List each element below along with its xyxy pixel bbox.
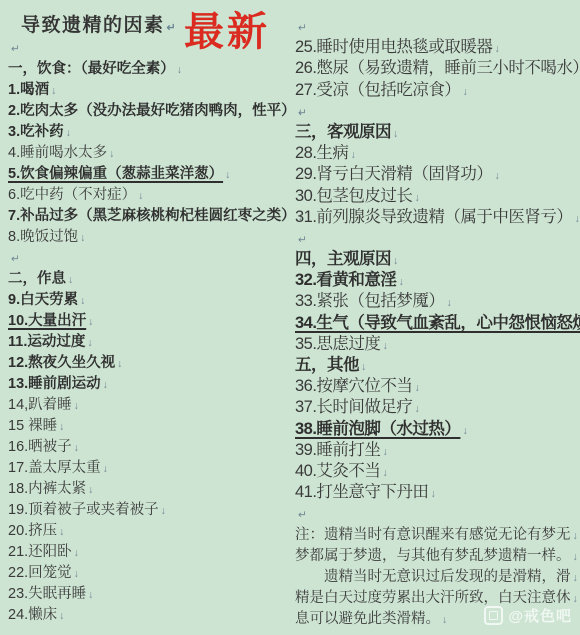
right-column: ↵25.睡时使用电热毯或取暖器↓26.憋尿（易致遗精，睡前三小时不喝水）↓27.… <box>295 16 580 630</box>
list-item: 40.艾灸不当↓ <box>295 461 580 482</box>
list-item: 13.睡前剧运动↓ <box>8 374 294 395</box>
paragraph-mark-icon: ↓ <box>573 593 578 605</box>
paragraph-mark-icon: ↓ <box>59 421 64 433</box>
paragraph-mark-icon: ↵ <box>11 43 20 55</box>
blank-line: ↵ <box>295 16 580 37</box>
line-text: 7.补品过多（黑芝麻核桃枸杞桂圆红枣之类） <box>8 208 296 224</box>
list-item: 26.憋尿（易致遗精，睡前三小时不喝水）↓ <box>295 58 580 79</box>
line-text: 36.按摩穴位不当 <box>295 377 412 395</box>
paragraph-mark-icon: ↓ <box>361 361 366 373</box>
list-item: 12.熬夜久坐久视↓ <box>8 353 294 374</box>
list-item: 31.前列腺炎导致遗精（属于中医肾亏）↓ <box>295 207 580 228</box>
paragraph-mark-icon: ↓ <box>161 505 166 517</box>
line-text: 一，饮食：（最好吃全素） <box>8 61 175 77</box>
paragraph-mark-icon: ↓ <box>68 274 73 286</box>
line-text: 三，客观原因 <box>295 123 391 141</box>
line-text: 27.受凉（包括吃凉食） <box>295 81 460 99</box>
list-item: 32.看黄和意淫↓ <box>295 270 580 291</box>
paragraph-mark-icon: ↓ <box>382 446 387 458</box>
paragraph-mark-icon: ↓ <box>88 484 93 496</box>
line-text: 32.看黄和意淫 <box>295 271 396 289</box>
paragraph-mark-icon: ↓ <box>350 149 355 161</box>
paragraph-mark-icon: ↓ <box>494 170 499 182</box>
list-item: 10.大量出汗↓ <box>8 311 294 332</box>
list-item: 6.吃中药（不对症）↓ <box>8 185 294 206</box>
list-item: 7.补品过多（黑芝麻核桃枸杞桂圆红枣之类）↓ <box>8 206 294 227</box>
list-item: 24.懒床↓ <box>8 605 294 626</box>
list-item: 4.睡前喝水太多↓ <box>8 143 294 164</box>
line-text: 4.睡前喝水太多 <box>8 145 107 161</box>
page-title-text: 导致遗精的因素 <box>21 15 165 36</box>
line-text: 14,趴着睡 <box>8 397 72 413</box>
paragraph-mark-icon: ↵ <box>298 22 306 34</box>
list-item: 22.回笼觉↓ <box>8 563 294 584</box>
paragraph-mark-icon: ↓ <box>573 572 578 584</box>
paragraph-mark-icon: ↓ <box>74 400 79 412</box>
paragraph-mark-icon: ↓ <box>87 337 92 349</box>
line-text: 8.晚饭过饱 <box>8 229 78 245</box>
paragraph-mark-icon: ↓ <box>88 589 93 601</box>
line-text: 21.还阳卧 <box>8 544 72 560</box>
paragraph-mark-icon: ↓ <box>393 255 398 267</box>
list-item: 39.睡前打坐↓ <box>295 440 580 461</box>
watermark: @戒色吧 <box>484 605 572 626</box>
line-text: 29.肾亏白天滑精（固肾功） <box>295 165 492 183</box>
line-text: 40.艾灸不当 <box>295 462 380 480</box>
list-item: 37.长时间做足疗↓ <box>295 397 580 418</box>
blank-line: ↵ <box>295 228 580 249</box>
list-item: 38.睡前泡脚（水过热）↓ <box>295 419 580 440</box>
list-item: 14,趴着睡↓ <box>8 395 294 416</box>
line-text: 41.打坐意守下丹田 <box>295 483 428 501</box>
paragraph-mark-icon: ↓ <box>66 127 71 139</box>
paragraph-mark-icon: ↓ <box>59 526 64 538</box>
list-item: 27.受凉（包括吃凉食）↓ <box>295 80 580 101</box>
line-text: 息可以避免此类滑精。 <box>295 611 440 627</box>
line-text: 二，作息 <box>8 271 66 287</box>
list-item: 5.饮食偏辣偏重（葱蒜韭菜洋葱）↓ <box>8 164 294 185</box>
paragraph-mark-icon: ↓ <box>414 192 419 204</box>
list-item: 35.思虑过度↓ <box>295 334 580 355</box>
list-item: 16.晒被子↓ <box>8 437 294 458</box>
list-item: 33.紧张（包括梦魇）↓ <box>295 291 580 312</box>
paragraph-mark-icon: ↓ <box>59 610 64 622</box>
paragraph-mark-icon: ↓ <box>74 547 79 559</box>
paragraph-mark-icon: ↓ <box>51 85 56 97</box>
paragraph-mark-icon: ↓ <box>382 467 387 479</box>
line-text: 9.白天劳累 <box>8 292 78 308</box>
line-text: 遗精当时无意识过后发现的是滑精，滑 <box>324 569 571 585</box>
list-item: 9.白天劳累↓ <box>8 290 294 311</box>
paragraph-mark-icon: ↓ <box>225 169 230 181</box>
list-item: 21.还阳卧↓ <box>8 542 294 563</box>
line-text: 31.前列腺炎导致遗精（属于中医肾亏） <box>295 208 572 226</box>
paragraph-mark-icon: ↓ <box>442 614 447 626</box>
list-item: 34.生气（导致气血紊乱，心中怨恨恼怒烦）↓ <box>295 313 580 334</box>
line-text: 22.回笼觉 <box>8 565 72 581</box>
line-text: 12.熬夜久坐久视 <box>8 355 115 371</box>
paragraph-mark-icon: ↓ <box>414 403 419 415</box>
paragraph-mark-icon: ↓ <box>74 568 79 580</box>
paragraph-mark-icon: ↓ <box>117 358 122 370</box>
watermark-text: @戒色吧 <box>508 605 572 626</box>
blank-line: ↵ <box>295 503 580 524</box>
list-item: 18.内裤太紧↓ <box>8 479 294 500</box>
list-item: 30.包茎包皮过长↓ <box>295 186 580 207</box>
section-heading: 三，客观原因↓ <box>295 122 580 143</box>
list-item: 1.喝酒↓ <box>8 80 294 101</box>
line-text: 注：遗精当时有意识醒来有感觉无论有梦无 <box>295 527 571 543</box>
line-text: 34.生气（导致气血紊乱，心中怨恨恼怒烦） <box>295 314 580 332</box>
section-heading: 一，饮食：（最好吃全素）↓ <box>8 59 294 80</box>
section-heading: 五，其他↓ <box>295 355 580 376</box>
note-line: 梦都属于梦遗，与其他有梦乱梦遗精一样。↓ <box>295 546 580 567</box>
blank-line: ↵ <box>8 248 294 269</box>
list-item: 41.打坐意守下丹田↓ <box>295 482 580 503</box>
paragraph-mark-icon: ↓ <box>462 86 467 98</box>
list-item: 2.吃肉太多（没办法最好吃猪肉鸭肉，性平）↓ <box>8 101 294 122</box>
paragraph-mark-icon: ↓ <box>80 295 85 307</box>
line-text: 10.大量出汗 <box>8 313 86 329</box>
paragraph-mark-icon: ↓ <box>414 382 419 394</box>
blank-line: ↵ <box>295 101 580 122</box>
line-text: 19.顶着被子或夹着被子 <box>8 502 159 518</box>
paragraph-mark-icon: ↵ <box>298 107 306 119</box>
section-heading: 二，作息↓ <box>8 269 294 290</box>
line-text: 3.吃补药 <box>8 124 64 140</box>
paragraph-mark-icon: ↓ <box>80 232 85 244</box>
line-text: 17.盖太厚太重 <box>8 460 101 476</box>
paragraph-mark-icon: ↓ <box>462 425 467 437</box>
paragraph-mark-icon: ↓ <box>382 340 387 352</box>
line-text: 24.懒床 <box>8 607 57 623</box>
line-text: 37.长时间做足疗 <box>295 398 412 416</box>
line-text: 16.晒被子 <box>8 439 72 455</box>
line-text: 25.睡时使用电热毯或取暖器 <box>295 38 492 56</box>
list-item: 36.按摩穴位不当↓ <box>295 376 580 397</box>
line-text: 梦都属于梦遗，与其他有梦乱梦遗精一样。 <box>295 548 571 564</box>
note-line: 注：遗精当时有意识醒来有感觉无论有梦无↓ <box>295 525 580 546</box>
paragraph-mark-icon: ↓ <box>109 148 114 160</box>
list-item: 20.挤压↓ <box>8 521 294 542</box>
paragraph-mark-icon: ↓ <box>494 43 499 55</box>
paragraph-mark-icon: ↓ <box>573 530 578 542</box>
line-text: 13.睡前剧运动 <box>8 376 101 392</box>
list-item: 11.运动过度↓ <box>8 332 294 353</box>
blank-line: ↵ <box>8 38 294 59</box>
paragraph-mark-icon: ↓ <box>138 190 143 202</box>
paragraph-mark-icon: ↓ <box>103 379 108 391</box>
list-item: 19.顶着被子或夹着被子↓ <box>8 500 294 521</box>
line-text: 38.睡前泡脚（水过热） <box>295 420 460 438</box>
paragraph-mark-icon: ↓ <box>103 463 108 475</box>
paragraph-mark-icon: ↵ <box>298 509 306 521</box>
list-item: 28.生病↓ <box>295 143 580 164</box>
document-page: 导致遗精的因素↵ 最新 ↵一，饮食：（最好吃全素）↓1.喝酒↓2.吃肉太多（没办… <box>0 0 580 635</box>
section-heading: 四，主观原因↓ <box>295 249 580 270</box>
paragraph-mark-icon: ↓ <box>398 276 403 288</box>
line-text: 四，主观原因 <box>295 250 391 268</box>
line-text: 2.吃肉太多（没办法最好吃猪肉鸭肉，性平） <box>8 103 296 119</box>
list-item: 25.睡时使用电热毯或取暖器↓ <box>295 37 580 58</box>
paragraph-mark-icon: ↓ <box>446 297 451 309</box>
paragraph-mark-icon: ↓ <box>430 488 435 500</box>
list-item: 8.晚饭过饱↓ <box>8 227 294 248</box>
line-text: 6.吃中药（不对症） <box>8 187 136 203</box>
line-text: 5.饮食偏辣偏重（葱蒜韭菜洋葱） <box>8 166 223 182</box>
left-column: ↵一，饮食：（最好吃全素）↓1.喝酒↓2.吃肉太多（没办法最好吃猪肉鸭肉，性平）… <box>8 38 294 626</box>
line-text: 18.内裤太紧 <box>8 481 86 497</box>
line-text: 30.包茎包皮过长 <box>295 187 412 205</box>
line-text: 26.憋尿（易致遗精，睡前三小时不喝水） <box>295 59 580 77</box>
line-text: 39.睡前打坐 <box>295 441 380 459</box>
line-text: 11.运动过度 <box>8 334 85 350</box>
line-text: 15 裸睡 <box>8 418 57 434</box>
line-text: 20.挤压 <box>8 523 57 539</box>
list-item: 3.吃补药↓ <box>8 122 294 143</box>
line-text: 23.失眠再睡 <box>8 586 86 602</box>
line-text: 五，其他 <box>295 356 359 374</box>
paragraph-mark-icon: ↓ <box>177 64 182 76</box>
list-item: 17.盖太厚太重↓ <box>8 458 294 479</box>
line-text: 精是白天过度劳累出大汗所致，白天注意休 <box>295 590 571 606</box>
paragraph-mark-icon: ↓ <box>74 442 79 454</box>
paragraph-mark-icon: ↓ <box>574 213 579 225</box>
paragraph-mark-icon: ↓ <box>573 551 578 563</box>
list-item: 29.肾亏白天滑精（固肾功）↓ <box>295 164 580 185</box>
line-text: 28.生病 <box>295 144 348 162</box>
list-item: 15 裸睡↓ <box>8 416 294 437</box>
page-title: 导致遗精的因素↵ <box>21 10 176 37</box>
tieba-icon <box>484 606 503 625</box>
paragraph-mark-icon: ↓ <box>393 128 398 140</box>
paragraph-mark-icon: ↵ <box>298 234 306 246</box>
line-text: 35.思虑过度 <box>295 335 380 353</box>
note-line: 遗精当时无意识过后发现的是滑精，滑↓ <box>295 567 580 588</box>
list-item: 23.失眠再睡↓ <box>8 584 294 605</box>
paragraph-mark-icon: ↵ <box>11 253 20 265</box>
paragraph-mark-icon: ↓ <box>88 316 93 328</box>
paragraph-mark-icon: ↵ <box>167 22 176 34</box>
line-text: 1.喝酒 <box>8 82 49 98</box>
line-text: 33.紧张（包括梦魇） <box>295 292 444 310</box>
